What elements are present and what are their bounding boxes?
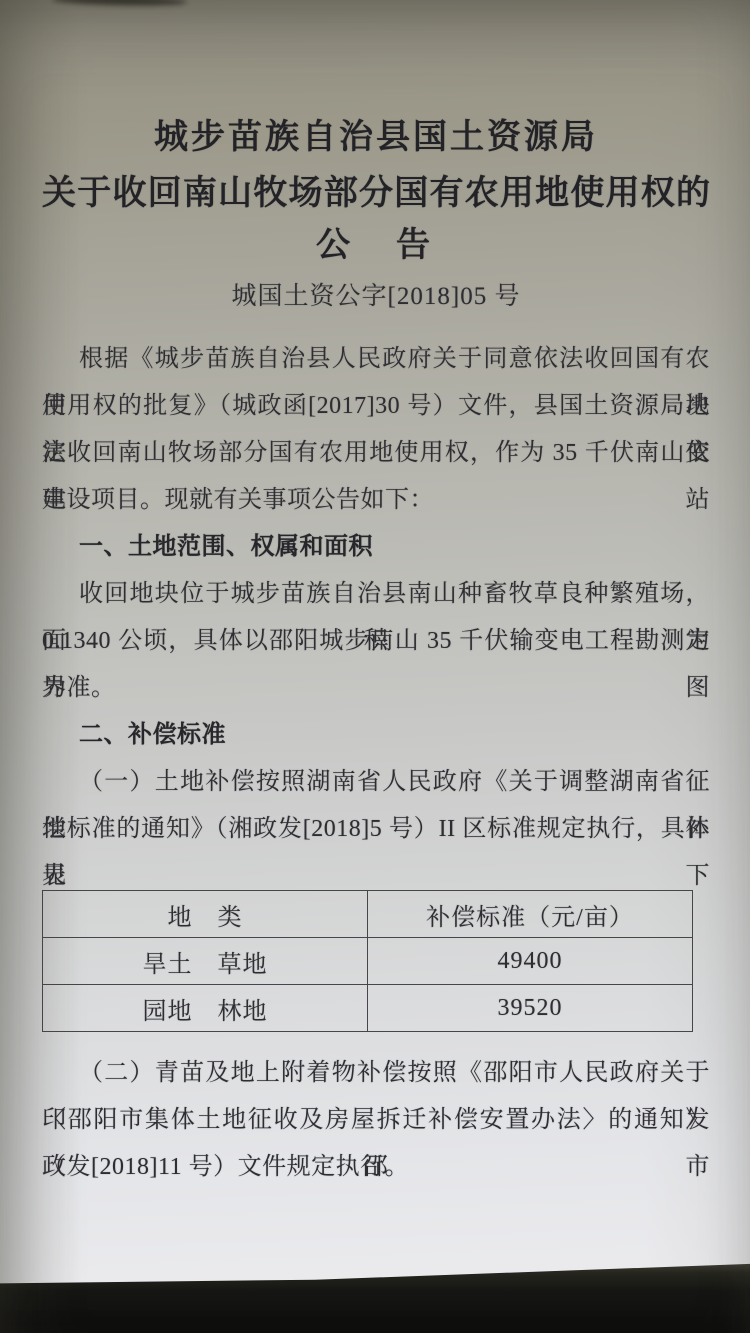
title-announcement: 公 告: [42, 226, 710, 266]
title-subject: 关于收回南山牧场部分国有农用地使用权的: [42, 172, 710, 216]
paragraph-3-line-1: （一）土地补偿按照湖南省人民政府《关于调整湖南省征地补: [42, 759, 710, 806]
table-row: 旱土 草地 49400: [43, 938, 693, 985]
section-heading-2: 二、补偿标准: [42, 712, 710, 759]
document-photo: 城步苗族自治县国土资源局 关于收回南山牧场部分国有农用地使用权的 公 告 城国土…: [0, 0, 750, 1333]
document-number: 城国土资公字[2018]05 号: [42, 282, 710, 312]
compensation-table: 地 类 补偿标准（元/亩） 旱土 草地 49400 园地 林地 39520: [42, 890, 693, 1032]
paragraph-4-line-2: 〈邵阳市集体土地征收及房屋拆迁补偿安置办法〉的通知》（邵市: [42, 1097, 710, 1144]
table-cell-standard: 39520: [368, 985, 693, 1032]
paragraph-1-line-3: 法收回南山牧场部分国有农用地使用权，作为 35 千伏南山变电站: [42, 430, 710, 477]
table-cell-land-type: 旱土 草地: [43, 938, 368, 985]
paragraph-2-line-2: 0.1340 公顷，具体以邵阳城步南山 35 千伏输变电工程勘测定界图: [42, 618, 710, 665]
table-cell-standard: 49400: [368, 938, 693, 985]
table-row: 园地 林地 39520: [43, 985, 693, 1032]
paragraph-2-line-1: 收回地块位于城步苗族自治县南山种畜牧草良种繁殖场，面积为: [42, 571, 710, 618]
paragraph-1-line-2: 使用权的批复》（城政函[2017]30 号）文件，县国土资源局决定依: [42, 383, 710, 430]
section-heading-1: 一、土地范围、权属和面积: [42, 524, 710, 571]
paragraph-4-line-1: （二）青苗及地上附着物补偿按照《邵阳市人民政府关于印发: [42, 1050, 710, 1097]
table-cell-land-type: 园地 林地: [43, 985, 368, 1032]
title-agency: 城步苗族自治县国土资源局: [42, 116, 710, 160]
paragraph-1-line-1: 根据《城步苗族自治县人民政府关于同意依法收回国有农用地: [42, 336, 710, 383]
photo-dark-edge-bottom: [0, 1261, 750, 1333]
document-paper: 城步苗族自治县国土资源局 关于收回南山牧场部分国有农用地使用权的 公 告 城国土…: [42, 0, 710, 1191]
paragraph-3-line-2: 偿标准的通知》（湘政发[2018]5 号）II 区标准规定执行，具体见下: [42, 806, 710, 853]
